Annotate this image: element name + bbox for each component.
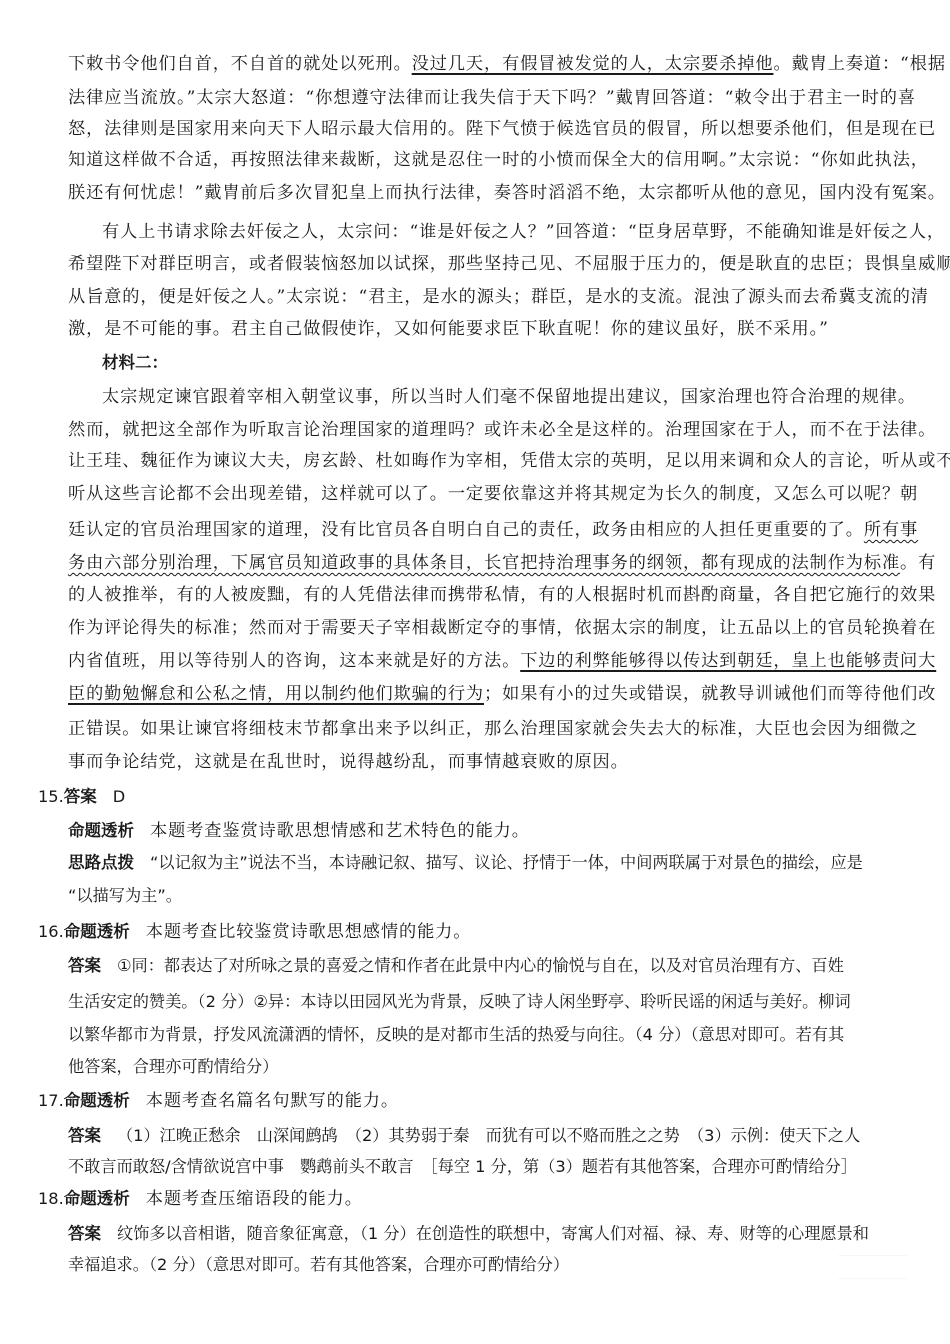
text-line: 激，是不可能的事。君主自己做假使诈，又如何能要求臣下耿直呢！你的建议虽好，朕不采… (68, 317, 916, 341)
answer-line: 答案纹饰多以音相谐，随音象征寓意，（1 分）在创造性的联想中，寄寓人们对福、禄、… (68, 1222, 916, 1246)
answer-label: 答案 (64, 787, 97, 806)
question-number: 17. (38, 1091, 64, 1110)
section-heading-material-two: 材料二： (102, 351, 916, 375)
text-line: 朕还有何忧虑！”戴胄前后多次冒犯皇上而执行法律，奏答时滔滔不绝，太宗都听从他的意… (68, 181, 916, 205)
answer-label: 答案 (68, 1224, 101, 1243)
answer-label: 答案 (68, 956, 101, 975)
analysis-label: 命题透析 (68, 821, 134, 840)
question-number: 18. (38, 1189, 64, 1208)
answer-value: D (113, 787, 125, 806)
wavy-underlined-phrase: 所有事 (864, 520, 918, 540)
text-line: 怒，法律则是国家用来向天下人昭示最大信用的。陛下气愤于候选官员的假冒，所以想要杀… (68, 117, 916, 141)
text-line: 的人被推举，有的人被废黜，有的人凭借法律而携带私情，有的人根据时机而斟酌商量，各… (68, 583, 916, 607)
wavy-underlined-phrase: 务由六部分别治理，下属官员知道政事的具体条目，长官把持治理事务的纲领，都有现成的… (68, 553, 900, 573)
text-line: 事而争论结党，这就是在乱世时，说得越纷乱，而事情越衰败的原因。 (68, 750, 916, 774)
text-line: 廷认定的官员治理国家的道理，没有比官员各自明白自己的责任，政务由相应的人担任更重… (68, 518, 916, 542)
underlined-phrase: 臣的勤勉懈怠和公私之情，用以制约他们欺骗的行为 (68, 684, 484, 704)
faint-watermark (838, 1255, 908, 1279)
answer-label: 答案 (68, 1126, 101, 1145)
answer-line: 以繁华都市为背景，抒发风流潇洒的情怀，反映的是对都市生活的热爱与向往。（4 分）… (68, 1023, 916, 1047)
underlined-phrase: 下边的利弊能够得以传达到朝廷，皇上也能够责问大 (520, 651, 936, 671)
question-15: 15.答案D (38, 785, 916, 809)
question-17: 17.命题透析本题考查名篇名句默写的能力。 (38, 1089, 916, 1113)
answer-line: 不敢言而敢怒/含情欲说宫中事 鹦鹉前头不敢言 ［每空 1 分，第（3）题若有其他… (68, 1155, 916, 1179)
question-18: 18.命题透析本题考查压缩语段的能力。 (38, 1187, 916, 1211)
hint-line: 思路点拨“以记叙为主”说法不当，本诗融记叙、描写、议论、抒情于一体，中间两联属于… (68, 851, 916, 875)
answer-line: 幸福追求。（2 分）（意思对即可。若有其他答案，合理亦可酌情给分） (68, 1253, 916, 1277)
analysis-line: 命题透析本题考查鉴赏诗歌思想情感和艺术特色的能力。 (68, 819, 916, 843)
answer-line: 生活安定的赞美。（2 分）②异：本诗以田园风光为背景，反映了诗人闲坐野亭、聆听民… (68, 990, 916, 1014)
analysis-label: 命题透析 (64, 1189, 130, 1208)
text-line: 下敕书令他们自首，不自首的就处以死刑。没过几天，有假冒被发觉的人，太宗要杀掉他。… (68, 52, 916, 76)
text-line: 有人上书请求除去奸佞之人，太宗问：“谁是奸佞之人？”回答道：“臣身居草野，不能确… (102, 220, 916, 244)
text-line: 法律应当流放。”太宗大怒道：“你想遵守法律而让我失信于天下吗？”戴胄回答道：“敕… (68, 86, 916, 110)
text-line: 让王珪、魏征作为谏议大夫，房玄龄、杜如晦作为宰相，凭借太宗的英明，足以用来调和众… (68, 449, 916, 473)
text-line: 从旨意的，便是奸佞之人。”太宗说：“君主，是水的源头；群臣，是水的支流。混浊了源… (68, 285, 916, 309)
text-line: 务由六部分别治理，下属官员知道政事的具体条目，长官把持治理事务的纲领，都有现成的… (68, 551, 916, 575)
answer-line: 答案（1）江晚正愁余 山深闻鹧鸪 （2）其势弱于秦 而犹有可以不赂而胜之之势 （… (68, 1124, 916, 1148)
text-line: 听从这些言论都不会出现差错，这样就可以了。一定要依靠这并将其规定为长久的制度，又… (68, 482, 916, 506)
analysis-label: 命题透析 (64, 1091, 130, 1110)
analysis-label: 命题透析 (64, 922, 130, 941)
answer-key-page: 下敕书令他们自首，不自首的就处以死刑。没过几天，有假冒被发觉的人，太宗要杀掉他。… (0, 0, 950, 1344)
question-number: 15. (38, 787, 64, 806)
answer-line: 他答案，合理亦可酌情给分） (68, 1055, 916, 1079)
text-line: 作为评论得失的标准；然而对于需要天子宰相裁断定夺的事情，依据太宗的制度，让五品以… (68, 616, 916, 640)
text-line: 臣的勤勉懈怠和公私之情，用以制约他们欺骗的行为；如果有小的过失或错误，就教导训诫… (68, 682, 916, 706)
text-line: 内省值班，用以等待别人的咨询，这本来就是好的方法。下边的利弊能够得以传达到朝廷，… (68, 649, 916, 673)
text-line: 正错误。如果让谏官将细枝末节都拿出来予以纠正，那么治理国家就会失去大的标准，大臣… (68, 717, 916, 741)
text-line: 太宗规定谏官跟着宰相入朝堂议事，所以当时人们毫不保留地提出建议，国家治理也符合治… (102, 385, 916, 409)
answer-line: 答案①同：都表达了对所咏之景的喜爱之情和作者在此景中内心的愉悦与自在，以及对官员… (68, 954, 916, 978)
text-line: 知道这样做不合适，再按照法律来裁断，这就是忍住一时的小愤而保全大的信用啊。”太宗… (68, 148, 916, 172)
hint-label: 思路点拨 (68, 853, 134, 872)
text-line: 然而，就把这全部作为听取言论治理国家的道理吗？或许未必全是这样的。治理国家在于人… (68, 418, 916, 442)
text-line: 希望陛下对群臣明言，或者假装恼怒加以试探，那些坚持己见、不屈服于压力的，便是耿直… (68, 252, 916, 276)
hint-line: “以描写为主”。 (68, 884, 916, 908)
underlined-phrase: 没过几天，有假冒被发觉的人，太宗要杀掉他 (412, 54, 774, 74)
question-16: 16.命题透析本题考查比较鉴赏诗歌思想感情的能力。 (38, 920, 916, 944)
question-number: 16. (38, 922, 64, 941)
